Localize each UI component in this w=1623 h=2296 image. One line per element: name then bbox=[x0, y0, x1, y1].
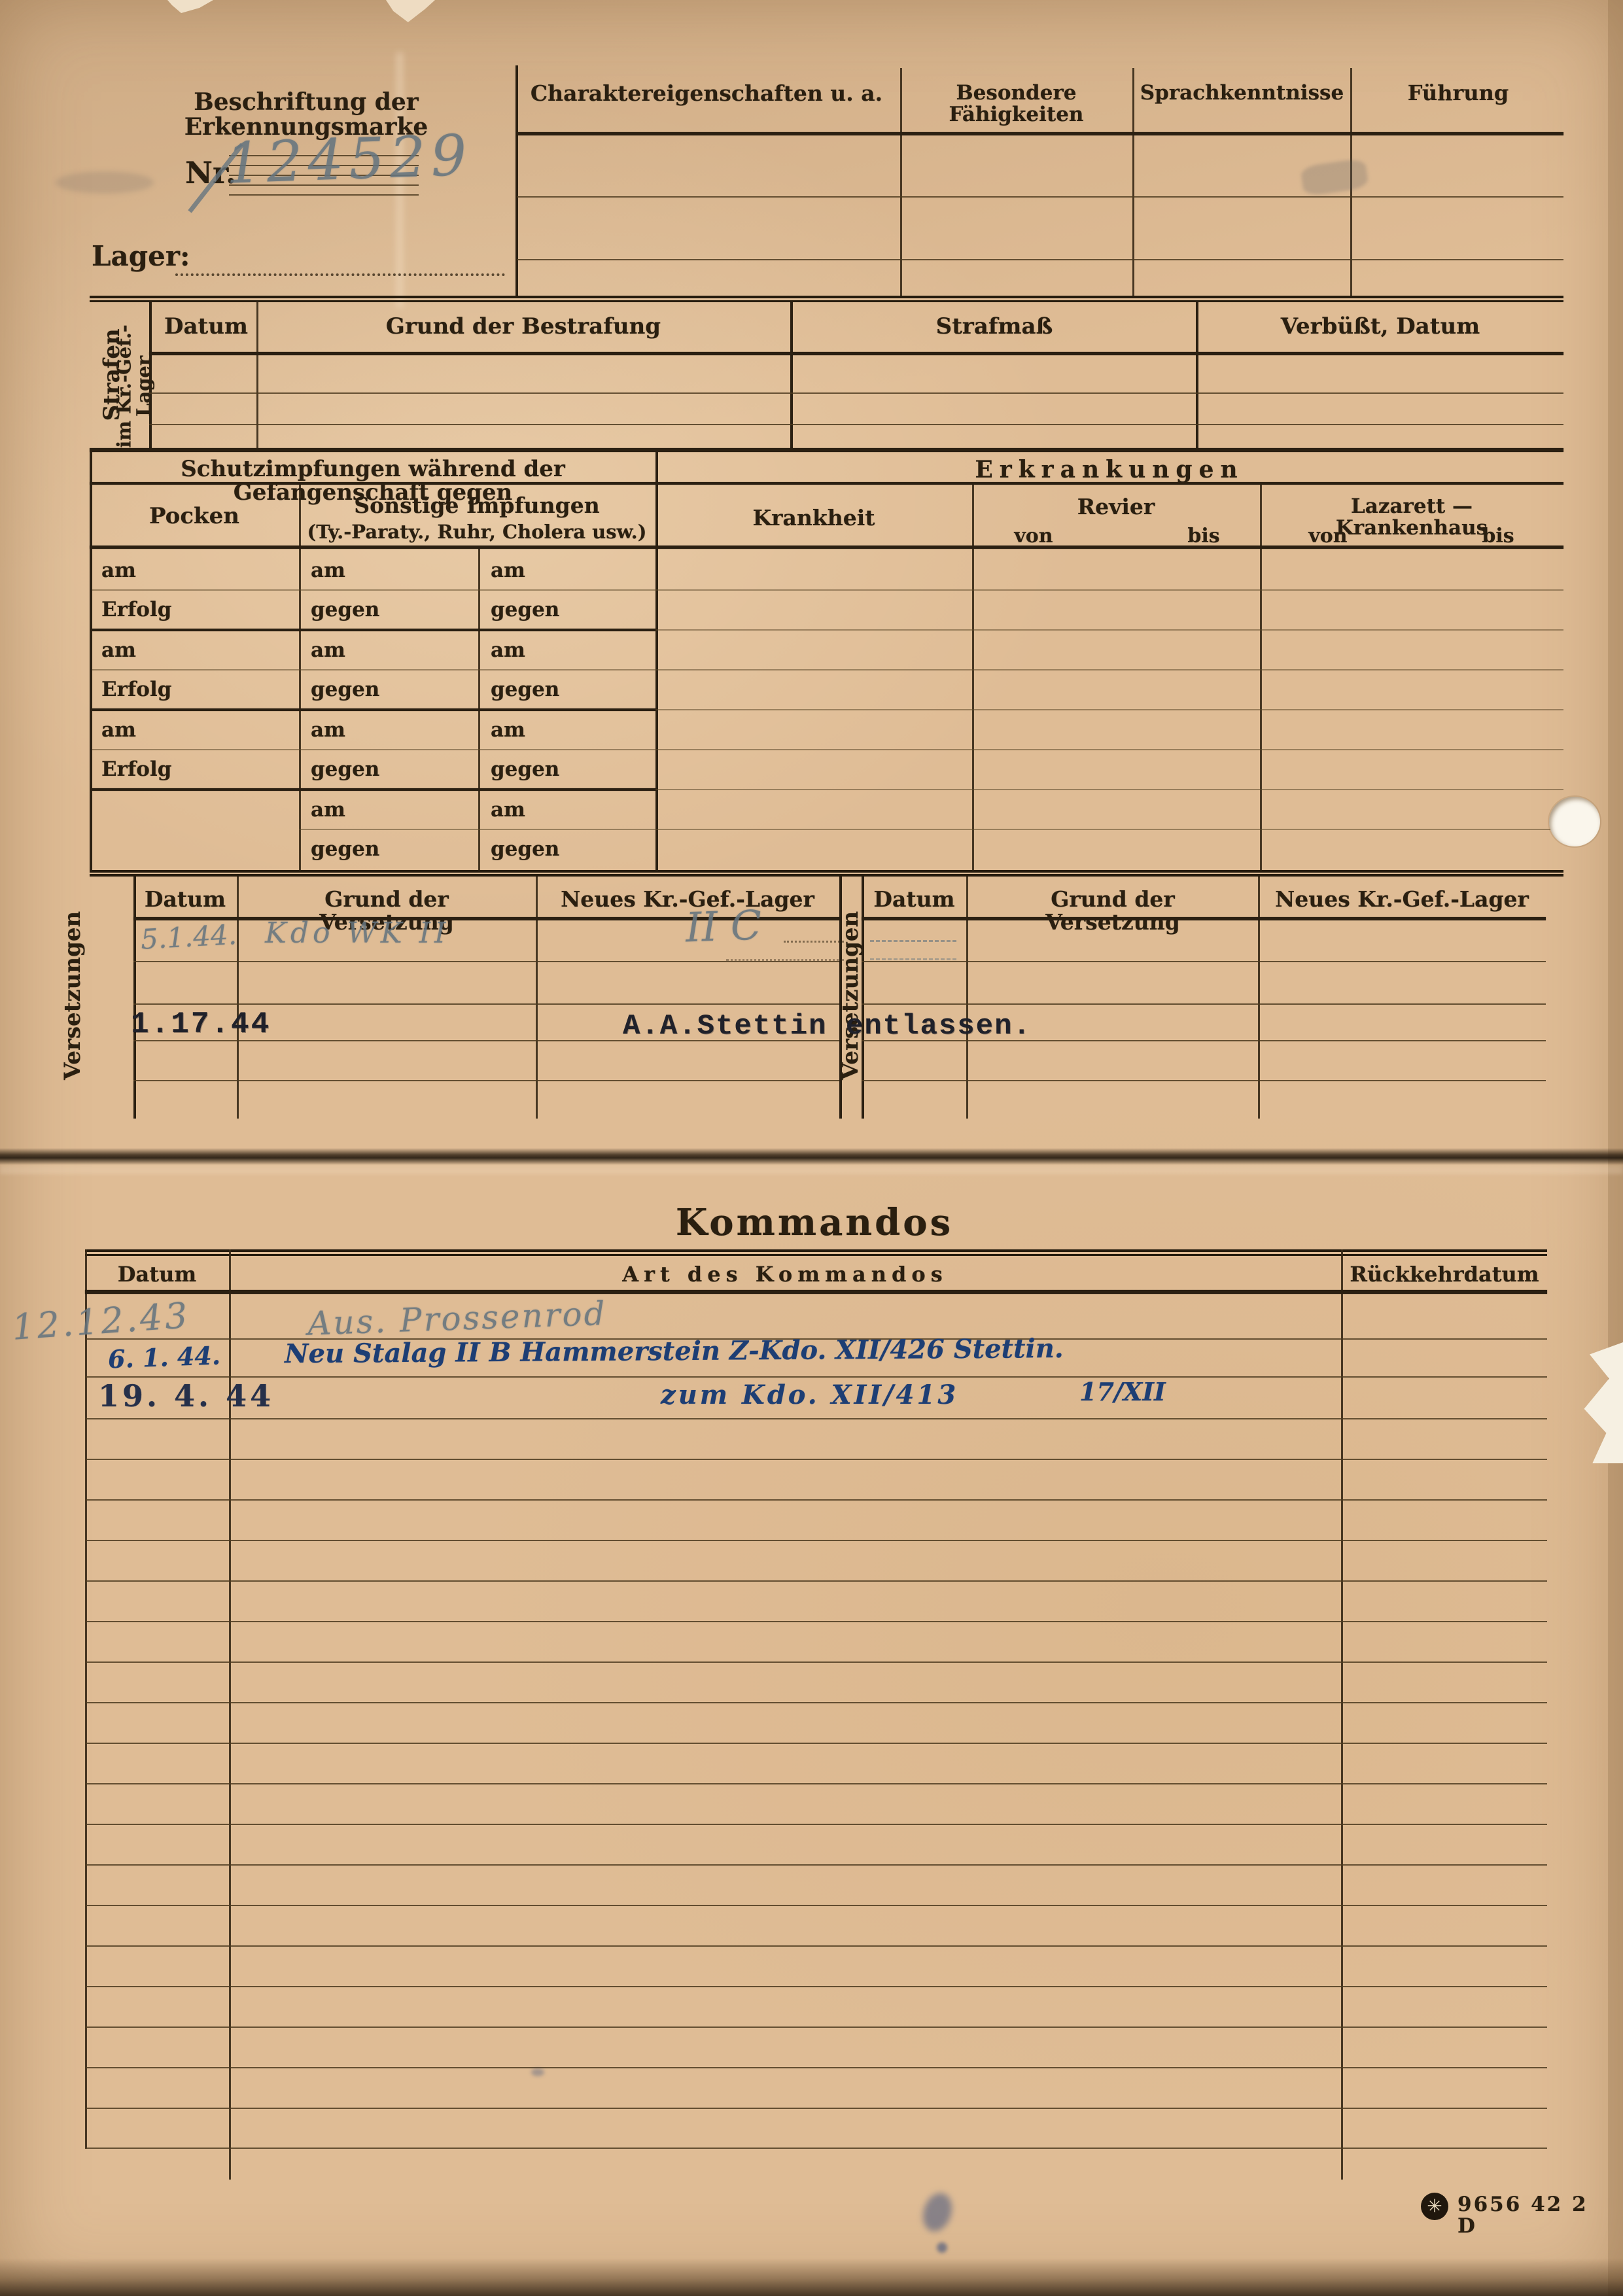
prisoner-number-handwritten: 124529 bbox=[225, 127, 443, 194]
krankheit-label: Krankheit bbox=[716, 507, 912, 530]
rule bbox=[92, 669, 1563, 670]
pencil-dash bbox=[870, 958, 956, 960]
strafen-col-strafmass: Strafmaß bbox=[798, 315, 1191, 339]
ink-smudge bbox=[937, 2242, 947, 2253]
col-header-charakter: Charaktereigenschaften u. a. bbox=[523, 82, 890, 105]
versetzung-grund: Kdo WK II bbox=[265, 918, 553, 948]
pocken-erfolg: Erfolg bbox=[101, 599, 171, 621]
rule bbox=[85, 1249, 87, 2149]
versetzung-typed-datum: 1.17.44 bbox=[131, 1009, 275, 1040]
pencil-dash bbox=[870, 940, 956, 942]
rule bbox=[85, 2108, 1547, 2109]
revier-bis: bis bbox=[1171, 526, 1236, 547]
lazarett-von: von bbox=[1295, 526, 1361, 547]
pocken-am: am bbox=[101, 560, 136, 582]
rule bbox=[133, 961, 839, 962]
col-header-faehigkeiten: Besondere Fähigkeiten bbox=[907, 82, 1126, 125]
rule bbox=[862, 1003, 1546, 1005]
sonstige-gegen: gegen bbox=[311, 599, 379, 621]
bottom-edge-shadow bbox=[0, 2258, 1623, 2296]
fold-highlight bbox=[0, 1165, 1623, 1174]
rule bbox=[85, 1824, 1547, 1825]
strafen-side-label: im Kr.-Gef.-Lager bbox=[114, 307, 154, 464]
rule bbox=[237, 877, 239, 1119]
rule bbox=[92, 629, 655, 631]
rule bbox=[149, 424, 1563, 425]
rule bbox=[85, 1459, 1547, 1460]
sonstige-gegen: gegen bbox=[491, 759, 559, 780]
rule bbox=[92, 749, 1563, 750]
rule bbox=[90, 452, 92, 871]
rule bbox=[90, 546, 1563, 549]
ink-smudge bbox=[531, 2068, 544, 2076]
versetzungen-col-neues: Neues Kr.-Gef.-Lager bbox=[1271, 888, 1533, 911]
rule bbox=[839, 877, 842, 1119]
rule bbox=[90, 296, 1563, 302]
rule bbox=[90, 448, 1563, 452]
erkrankungen-title: Erkrankungen bbox=[717, 458, 1502, 483]
kommando-rueckkehr-note: 17/XII bbox=[1079, 1379, 1204, 1405]
rule bbox=[536, 877, 538, 1119]
lager-dotted-line bbox=[175, 247, 505, 276]
rule bbox=[655, 789, 1563, 790]
rule bbox=[655, 448, 658, 871]
pencil-smudge bbox=[1300, 158, 1369, 196]
rule bbox=[85, 1621, 1547, 1622]
rule bbox=[85, 1905, 1547, 1906]
rule bbox=[85, 1580, 1547, 1582]
sonstige-am: am bbox=[491, 640, 525, 661]
sonstige-label: Sonstige Impfungen bbox=[307, 495, 647, 517]
rule bbox=[966, 877, 968, 1119]
kommando-art: zum Kdo. XII/413 bbox=[661, 1382, 1014, 1409]
col-header-sprachkenntnisse: Sprachkenntnisse bbox=[1139, 82, 1345, 104]
pow-record-card: Beschriftung der Erkennungsmarke Nr. 124… bbox=[0, 0, 1623, 2296]
rule bbox=[790, 302, 793, 449]
strafen-col-verbuesst: Verbüßt, Datum bbox=[1184, 315, 1577, 339]
sonstige-am: am bbox=[311, 720, 345, 741]
rule bbox=[92, 708, 655, 711]
pocken-am: am bbox=[101, 720, 136, 741]
rule bbox=[85, 2026, 1547, 2028]
rule bbox=[85, 1540, 1547, 1541]
lazarett-bis: bis bbox=[1465, 526, 1531, 547]
versetzung-typed-note: A.A.Stettin entlassen. bbox=[623, 1011, 1068, 1041]
pocken-am: am bbox=[101, 640, 136, 661]
rule bbox=[85, 1986, 1547, 1987]
rule bbox=[85, 1783, 1547, 1784]
sonstige-am: am bbox=[491, 799, 525, 821]
rule bbox=[862, 961, 1546, 962]
rule bbox=[85, 1743, 1547, 1744]
rule bbox=[92, 589, 1563, 591]
versetzung-datum: 5.1.44. bbox=[140, 919, 259, 954]
rule bbox=[900, 68, 902, 297]
sonstige-sublabel: (Ty.-Paraty., Ruhr, Cholera usw.) bbox=[307, 522, 647, 542]
sonstige-gegen: gegen bbox=[491, 839, 559, 860]
kommandos-col-rueckkehr: Rückkehrdatum bbox=[1346, 1264, 1543, 1286]
rule bbox=[149, 392, 1563, 394]
rule bbox=[85, 1249, 1547, 1256]
versetzungen-side-label: Versetzungen bbox=[61, 891, 85, 1100]
sonstige-am: am bbox=[491, 560, 525, 582]
kommando-art: Neu Stalag II B Hammerstein Z-Kdo. XII/4… bbox=[285, 1334, 1279, 1368]
rule bbox=[85, 2067, 1547, 2068]
rule bbox=[85, 1418, 1547, 1419]
sonstige-am: am bbox=[311, 799, 345, 821]
rule bbox=[85, 1702, 1547, 1703]
rule bbox=[862, 877, 864, 1119]
rule bbox=[85, 1661, 1547, 1663]
pocken-erfolg: Erfolg bbox=[101, 679, 171, 701]
sonstige-am: am bbox=[491, 720, 525, 741]
rule bbox=[515, 65, 518, 297]
kommandos-col-datum: Datum bbox=[92, 1264, 222, 1286]
kommandos-col-art: Art des Kommandos bbox=[621, 1264, 949, 1286]
pocken-label: Pocken bbox=[96, 505, 292, 529]
rule bbox=[85, 2148, 1547, 2149]
rule bbox=[655, 482, 1563, 485]
rule bbox=[90, 482, 658, 485]
rule bbox=[133, 877, 136, 1119]
dotted-leader bbox=[784, 922, 844, 943]
top-tear bbox=[386, 0, 435, 22]
rule bbox=[517, 196, 1563, 198]
strafen-col-datum: Datum bbox=[157, 315, 255, 339]
sonstige-gegen: gegen bbox=[491, 679, 559, 701]
rule bbox=[517, 132, 1563, 135]
dotted-leader bbox=[726, 942, 844, 961]
rule bbox=[972, 483, 974, 871]
rule bbox=[149, 352, 1563, 355]
rule bbox=[133, 1080, 839, 1081]
rule bbox=[85, 1945, 1547, 1947]
kommandos-title: Kommandos bbox=[618, 1204, 1011, 1242]
kommando-datum-stamp: 19. 4. 44 bbox=[98, 1380, 275, 1412]
kommando-datum: 6. 1. 44. bbox=[107, 1341, 271, 1373]
pocken-erfolg: Erfolg bbox=[101, 759, 171, 780]
revier-label: Revier bbox=[1018, 496, 1214, 519]
sonstige-gegen: gegen bbox=[311, 679, 379, 701]
rule bbox=[1260, 483, 1262, 871]
sonstige-gegen: gegen bbox=[311, 839, 379, 860]
rule bbox=[1341, 1249, 1343, 2180]
revier-von: von bbox=[1001, 526, 1066, 547]
rule bbox=[256, 302, 258, 449]
rule bbox=[149, 302, 152, 449]
sonstige-am: am bbox=[311, 560, 345, 582]
sonstige-gegen: gegen bbox=[311, 759, 379, 780]
rule bbox=[85, 1499, 1547, 1501]
rule bbox=[655, 629, 1563, 631]
rule bbox=[133, 1003, 839, 1005]
rule bbox=[1258, 877, 1260, 1119]
versetzungen-col-datum: Datum bbox=[136, 888, 234, 911]
rule bbox=[1132, 68, 1134, 297]
rule bbox=[90, 870, 1563, 877]
kommando-art: Aus. Prossenrod bbox=[307, 1286, 896, 1341]
ink-smudge bbox=[918, 2189, 956, 2235]
col-header-fuehrung: Führung bbox=[1357, 82, 1560, 105]
rule bbox=[517, 259, 1563, 260]
sonstige-am: am bbox=[311, 640, 345, 661]
printer-mark-icon: ✳ bbox=[1421, 2193, 1448, 2220]
fold-crease bbox=[0, 1148, 1623, 1165]
rule bbox=[85, 1864, 1547, 1866]
versetzungen-col-datum: Datum bbox=[864, 888, 965, 911]
strafen-col-grund: Grund der Bestrafung bbox=[327, 315, 720, 339]
pencil-smudge bbox=[56, 171, 154, 194]
paper-tear bbox=[1567, 1342, 1623, 1463]
rule bbox=[862, 1080, 1546, 1081]
top-tear bbox=[167, 0, 213, 13]
rule bbox=[299, 829, 655, 830]
paper-hole bbox=[1549, 797, 1600, 846]
rule bbox=[655, 829, 1563, 830]
rule bbox=[862, 917, 1546, 920]
rule bbox=[85, 1376, 1547, 1378]
versetzungen-col-grund: Grund der Versetzung bbox=[985, 888, 1240, 933]
rule bbox=[655, 709, 1563, 710]
rule bbox=[299, 483, 301, 871]
printer-mark-text: 9656 42 2 D bbox=[1457, 2194, 1601, 2236]
sonstige-gegen: gegen bbox=[491, 599, 559, 621]
rule bbox=[92, 788, 655, 791]
